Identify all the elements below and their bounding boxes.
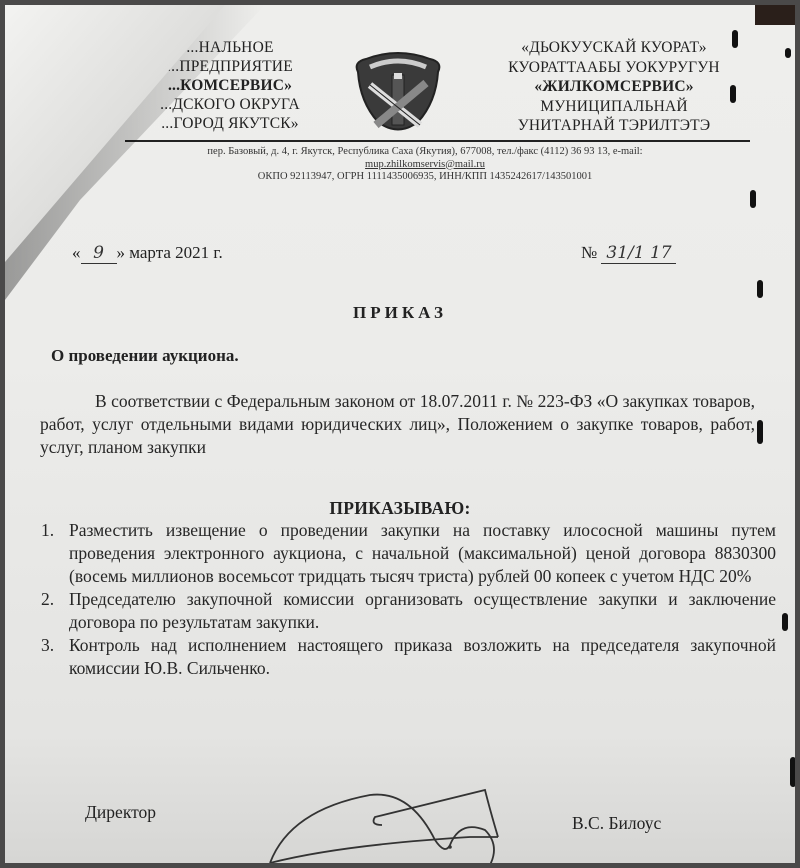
address-line: пер. Базовый, д. 4, г. Якутск, Республик… [105,146,745,159]
preamble-text: В соответствии с Федеральным законом от … [40,391,755,457]
punch-mark [732,30,738,48]
org-name-sakha-line: «ЖИЛКОМСЕРВИС» [483,77,745,97]
preamble-paragraph: В соответствии с Федеральным законом от … [40,390,755,459]
contact-block: пер. Базовый, д. 4, г. Якутск, Республик… [105,146,745,184]
order-heading: ПРИКАЗЫВАЮ: [5,498,795,519]
org-name-sakha: «ДЬОКУУСКАЙ КУОРАТ» КУОРАТТААБЫ УОКУРУГУ… [483,38,745,136]
emblem-crossed-tools-icon [348,47,448,137]
background-corner [755,5,795,25]
org-name-ru-line: ...КОМСЕРВИС» [135,76,325,95]
order-item-number: 3. [41,634,54,657]
order-item-number: 2. [41,588,54,611]
order-number: № 31/1 17 [581,243,676,264]
punch-mark [730,85,736,103]
signer-role: Директор [85,802,156,823]
org-name-ru: ...НАЛЬНОЕ ...ПРЕДПРИЯТИЕ ...КОМСЕРВИС» … [135,38,325,133]
order-item: 1. Разместить извещение о проведении зак… [41,519,776,588]
org-name-sakha-line: УНИТАРНАЙ ТЭРИЛТЭТЭ [483,116,745,136]
header-divider [125,140,750,142]
order-item-text: Разместить извещение о проведении закупк… [69,520,776,586]
org-name-ru-line: ...НАЛЬНОЕ [135,38,325,57]
registration-codes: ОКПО 92113947, ОГРН 1111435006935, ИНН/К… [105,171,745,184]
number-value-handwritten: 31/1 17 [601,243,676,264]
handwritten-signature-icon [260,785,530,863]
order-item: 3. Контроль над исполнением настоящего п… [41,634,776,680]
email-link[interactable]: mup.zhilkomservis@mail.ru [105,159,745,172]
number-label: № [581,243,597,262]
order-item-text: Председателю закупочной комиссии организ… [69,589,776,632]
date-month-year: » марта 2021 г. [117,243,223,262]
org-name-sakha-line: МУНИЦИПАЛЬНАЙ [483,97,745,117]
punch-mark [785,48,791,58]
order-items: 1. Разместить извещение о проведении зак… [41,519,776,680]
order-item-number: 1. [41,519,54,542]
punch-mark [757,420,763,444]
order-item: 2. Председателю закупочной комиссии орга… [41,588,776,634]
signer-name: В.С. Билоус [572,813,661,834]
date-day-handwritten: 9 [81,243,117,264]
document-subject: О проведении аукциона. [51,346,239,366]
punch-mark [750,190,756,208]
org-name-sakha-line: КУОРАТТААБЫ УОКУРУГУН [483,58,745,78]
punch-mark [790,757,795,787]
org-name-ru-line: ...ДСКОГО ОКРУГА [135,95,325,114]
document-photo: ...НАЛЬНОЕ ...ПРЕДПРИЯТИЕ ...КОМСЕРВИС» … [5,5,795,863]
order-date: «9» марта 2021 г. [72,243,223,264]
document-title: ПРИКАЗ [5,303,795,323]
date-open-quote: « [72,243,81,262]
org-name-ru-line: ...ПРЕДПРИЯТИЕ [135,57,325,76]
org-name-ru-line: ...ГОРОД ЯКУТСК» [135,114,325,133]
punch-mark [757,280,763,298]
punch-mark [782,613,788,631]
order-item-text: Контроль над исполнением настоящего прик… [69,635,776,678]
org-name-sakha-line: «ДЬОКУУСКАЙ КУОРАТ» [483,38,745,58]
